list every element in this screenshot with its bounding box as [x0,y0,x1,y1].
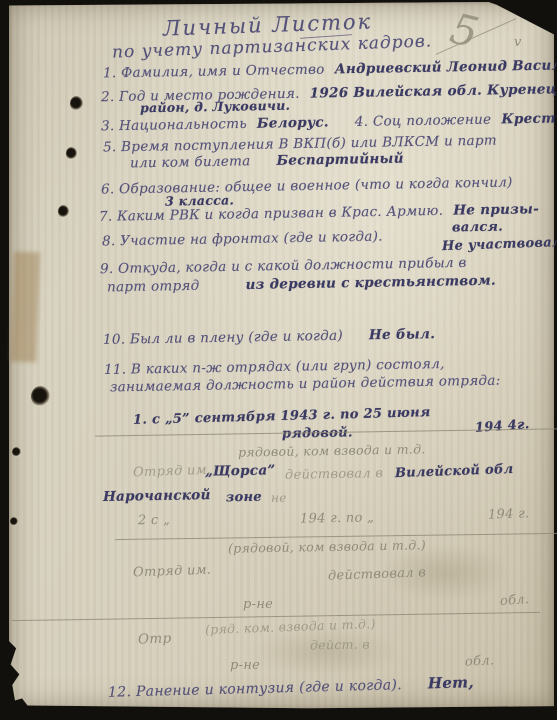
entry2-region-suffix: обл. [500,593,530,609]
entry2-period-start: 2 с „ [138,514,170,529]
field-q5-label-line2: или ком билета [130,153,277,172]
entry2-district: р-не [243,598,273,612]
tape-stain [10,252,40,363]
entry3-acted-in: дейст. в [310,637,370,652]
field-q10-answer: Не был. [369,326,435,343]
field-q2-answer-line2: район, д. Луковичи. [140,99,290,115]
field-q12-answer: Нет, [428,673,474,692]
worm-hole [58,205,69,218]
worm-hole [12,447,21,457]
entry3-unit-prefix: Отр [138,631,172,647]
field-q4-answer: Крестьянин [501,110,557,128]
scanned-document-page: Личный Листок по учету партизанских кадр… [0,0,557,720]
entry2-unit-prefix: Отряд им. [133,564,212,581]
field-q3-label: 3. Национальность [101,116,257,135]
entry1-zone-name: Нарочанской [103,488,211,505]
entry3-region-suffix: обл. [465,654,495,670]
worm-hole [66,147,77,160]
worm-hole [10,517,18,526]
field-q9-label-line2: парт отряд [107,277,246,295]
entry1-unit-prefix: Отряд им. [133,464,212,481]
worm-hole [70,96,83,111]
entry1-position-hint: рядовой, ком взвода и т.д. [238,442,426,459]
entry2-period-end: 194 г. [488,507,530,523]
field-q3-answer: Белорус. [257,114,355,132]
field-q4-label: 4. Соц положение [355,111,502,130]
entry1-acted-in: действовал в [285,467,383,483]
entry1-unit-name: „Щорса” [205,463,276,479]
entry1-zone-suffix: не [271,492,287,505]
field-q7-answer-line1: Не призы- [453,201,539,218]
field-q7-answer-line2: вался. [452,221,503,236]
entry2-period-mid: 194 г. по „ [300,511,374,527]
worm-hole [31,386,50,407]
entry1-position: рядовой. [282,426,353,442]
corner-check-mark: v [514,36,522,50]
entry3-district: р-не [230,659,260,673]
entry1-zone-word: зоне [226,491,262,506]
field-q5-answer: Беспартийный [276,151,404,169]
